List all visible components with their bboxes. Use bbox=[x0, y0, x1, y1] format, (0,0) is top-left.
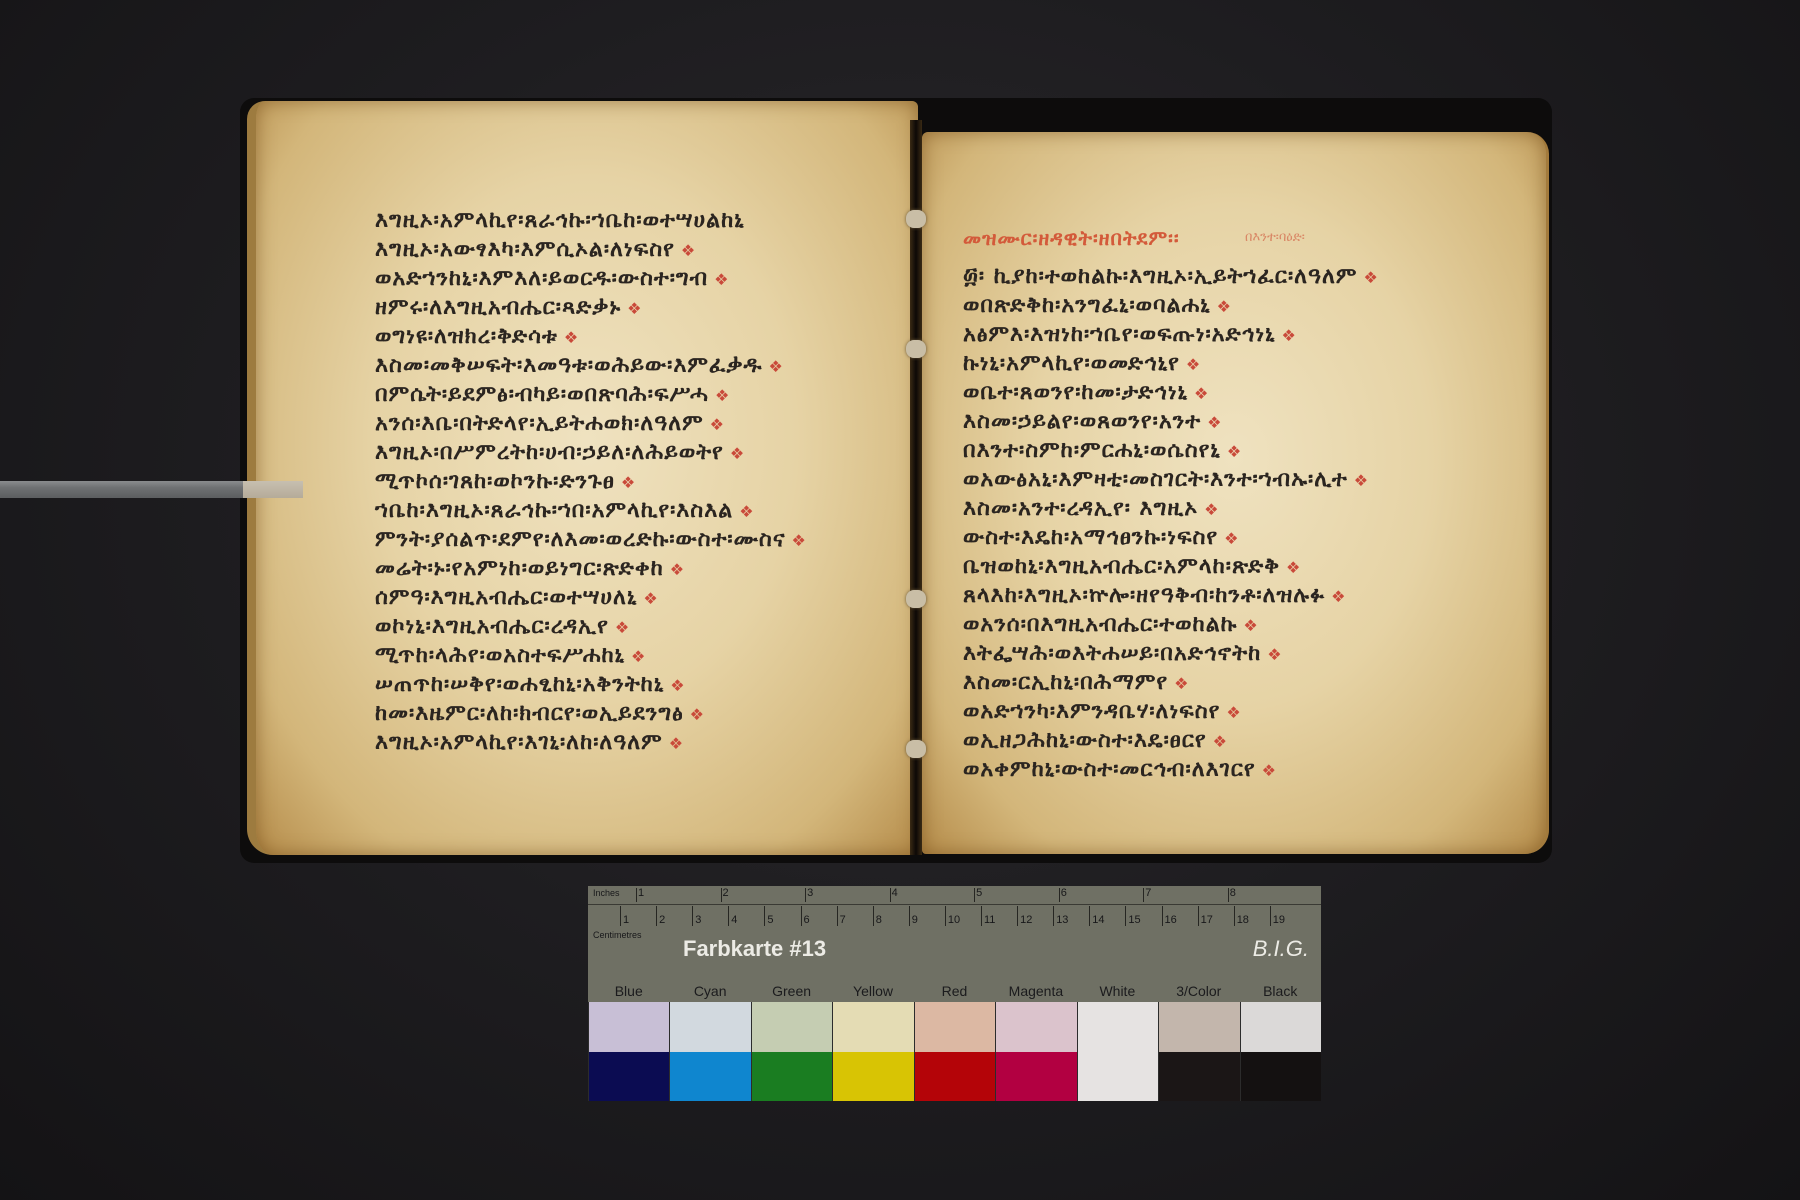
inch-tick bbox=[636, 888, 637, 902]
inch-tick-label: 2 bbox=[723, 887, 729, 899]
bookmark-strip bbox=[0, 481, 303, 498]
cm-tick bbox=[692, 906, 693, 926]
chart-title: Farbkarte #13 bbox=[683, 936, 826, 962]
manuscript-line: ውስተ፡እዴከ፡አማኅፀንኩ፡ነፍስየ❖ bbox=[963, 523, 1379, 552]
line-text: ወአውፅአኒ፡እምዛቲ፡መስገርት፡እንተ፡ኀብኡ፡ሊተ bbox=[963, 467, 1348, 492]
left-page-text: እግዚኦ፡አምላኪየ፡ጸራኅኩ፡ኀቤከ፡ወተሣሀልከኒእግዚኦ፡አውፃእካ፡እም… bbox=[375, 206, 807, 757]
line-text: መሬት፡ኑ፡የአምነከ፡ወይነግር፡ጽድቀከ bbox=[375, 556, 664, 581]
stitch-knot bbox=[906, 740, 926, 758]
line-text: እስመ፡ኃይልየ፡ወጸወንየ፡አንተ bbox=[963, 409, 1201, 434]
ornament-icon: ❖ bbox=[1186, 355, 1201, 374]
cm-tick-label: 12 bbox=[1020, 914, 1032, 926]
bookmark-tip bbox=[243, 481, 303, 498]
manuscript-line: እስመ፡ርኢከኒ፡በሕማምየ❖ bbox=[963, 668, 1379, 697]
color-swatches bbox=[588, 1002, 1321, 1101]
cm-tick bbox=[1234, 906, 1235, 926]
line-text: በምሴት፡ይደምፅ፡ብካይ፡ወበጽባሕ፡ፍሥሓ bbox=[375, 382, 709, 407]
cm-tick bbox=[873, 906, 874, 926]
ornament-icon: ❖ bbox=[1204, 500, 1219, 519]
ornament-icon: ❖ bbox=[1262, 761, 1277, 780]
line-text: ወግነዩ፡ለዝክረ፡ቅድሳቱ bbox=[375, 324, 558, 349]
manuscript-line: ወአውፅአኒ፡እምዛቲ፡መስገርት፡እንተ፡ኀብኡ፡ሊተ❖ bbox=[963, 465, 1379, 494]
inch-tick-label: 3 bbox=[807, 887, 813, 899]
manuscript-line: ሚጥከ፡ላሕየ፡ወአስተፍሥሐከኒ❖ bbox=[375, 641, 807, 670]
manuscript-line: ወግነዩ፡ለዝክረ፡ቅድሳቱ❖ bbox=[375, 322, 807, 351]
manuscript-line: በምሴት፡ይደምፅ፡ብካይ፡ወበጽባሕ፡ፍሥሓ❖ bbox=[375, 380, 807, 409]
line-text: ሰምዓ፡እግዚአብሔር፡ወተሣሀለኒ bbox=[375, 585, 637, 610]
manuscript-line: እስመ፡አንተ፡ረዳኢየ፡ እግዚኦ❖ bbox=[963, 494, 1379, 523]
cm-tick-label: 19 bbox=[1273, 914, 1285, 926]
cm-tick bbox=[764, 906, 765, 926]
manuscript-line: ዘምሩ፡ለእግዚአብሔር፡ጻድቃኑ❖ bbox=[375, 293, 807, 322]
patch-label: Cyan bbox=[669, 982, 750, 1002]
manuscript-line: ወኢዘጋሕከኒ፡ውስተ፡እዴ፡ፀርየ❖ bbox=[963, 726, 1379, 755]
line-text: አንሰ፡እቤ፡በትድላየ፡ኢይትሐወክ፡ለዓለም bbox=[375, 411, 704, 436]
inch-tick bbox=[890, 888, 891, 902]
line-text: ወቤተ፡ጸወንየ፡ከመ፡ታድኅነኒ bbox=[963, 380, 1188, 405]
light-swatch bbox=[752, 1002, 832, 1052]
cm-tick bbox=[837, 906, 838, 926]
stitch-knot bbox=[906, 590, 926, 608]
ornament-icon: ❖ bbox=[1226, 703, 1241, 722]
ornament-icon: ❖ bbox=[1227, 442, 1242, 461]
swatch-column bbox=[669, 1002, 750, 1101]
swatch-column bbox=[588, 1002, 669, 1101]
patch-label: Red bbox=[914, 982, 995, 1002]
line-text: ሚጥኮሰ፡ገጸከ፡ወኮንኩ፡ድንጉፀ bbox=[375, 469, 615, 494]
cm-tick-label: 16 bbox=[1165, 914, 1177, 926]
right-page-text: ፴፡ ኪያከ፡ተወከልኩ፡እግዚኦ፡ኢይትኀፈር፡ለዓለም❖ወበጽድቅከ፡አንግ… bbox=[963, 262, 1379, 784]
manuscript-line: ቤዝወከኒ፡እግዚአብሔር፡አምላከ፡ጽድቅ❖ bbox=[963, 552, 1379, 581]
manuscript-line: ወአድኀንከኒ፡እምእለ፡ይወርዱ፡ውስተ፡ግብ❖ bbox=[375, 264, 807, 293]
manuscript-line: እግዚኦ፡በሥምረትከ፡ሀብ፡ኃይለ፡ለሕይወትየ❖ bbox=[375, 438, 807, 467]
ornament-icon: ❖ bbox=[681, 241, 696, 260]
swatch-column bbox=[995, 1002, 1076, 1101]
patch-label: Yellow bbox=[832, 982, 913, 1002]
manuscript-line: እትፌሣሕ፡ወእትሐሠይ፡በአድኅኖትከ❖ bbox=[963, 639, 1379, 668]
cm-tick-label: 17 bbox=[1201, 914, 1213, 926]
swatch-column bbox=[1158, 1002, 1239, 1101]
line-text: እስመ፡ርኢከኒ፡በሕማምየ bbox=[963, 670, 1168, 695]
manuscript-line: አፅምእ፡እዝነከ፡ኀቤየ፡ወፍጡነ፡አድኅነኒ❖ bbox=[963, 320, 1379, 349]
line-text: እስመ፡መቅሠፍት፡እመዓቱ፡ወሕይው፡እምፈቃዱ bbox=[375, 353, 763, 378]
line-text: ምንት፡ያሰልጥ፡ደምየ፡ለእመ፡ወረድኩ፡ውስተ፡ሙስና bbox=[375, 527, 786, 552]
cm-tick bbox=[656, 906, 657, 926]
cm-tick-label: 4 bbox=[731, 914, 737, 926]
inch-tick bbox=[1228, 888, 1229, 902]
manuscript-line: አንሰ፡እቤ፡በትድላየ፡ኢይትሐወክ፡ለዓለም❖ bbox=[375, 409, 807, 438]
cm-tick-label: 10 bbox=[948, 914, 960, 926]
stitch-knot bbox=[906, 210, 926, 228]
patch-label: Magenta bbox=[995, 982, 1076, 1002]
ornament-icon: ❖ bbox=[714, 270, 729, 289]
manuscript-line: ሠጠጥከ፡ሠቅየ፡ወሐፂከኒ፡አቅንትከኒ❖ bbox=[375, 670, 807, 699]
cm-tick-label: 11 bbox=[984, 914, 995, 926]
manuscript-line: ከመ፡እዜምር፡ለከ፡ክብርየ፡ወኢይደንግፅ❖ bbox=[375, 699, 807, 728]
patch-label: Green bbox=[751, 982, 832, 1002]
inch-tick-label: 7 bbox=[1145, 887, 1151, 899]
light-swatch bbox=[1159, 1002, 1239, 1052]
manuscript-line: ወአቀምከኒ፡ውስተ፡መርኅብ፡ለእገርየ❖ bbox=[963, 755, 1379, 784]
cm-tick-label: 7 bbox=[840, 914, 846, 926]
cm-tick bbox=[801, 906, 802, 926]
swatch-column bbox=[1240, 1002, 1321, 1101]
line-text: ሚጥከ፡ላሕየ፡ወአስተፍሥሐከኒ bbox=[375, 643, 625, 668]
light-swatch bbox=[996, 1002, 1076, 1052]
manuscript-line: ፴፡ ኪያከ፡ተወከልኩ፡እግዚኦ፡ኢይትኀፈር፡ለዓለም❖ bbox=[963, 262, 1379, 291]
color-calibration-chart: Inches Centimetres Farbkarte #13 B.I.G. … bbox=[588, 886, 1321, 1101]
inch-tick bbox=[805, 888, 806, 902]
manuscript-line: እስመ፡ኃይልየ፡ወጸወንየ፡አንተ❖ bbox=[963, 407, 1379, 436]
patch-label: Black bbox=[1240, 982, 1321, 1002]
swatch-column bbox=[751, 1002, 832, 1101]
ornament-icon: ❖ bbox=[710, 415, 725, 434]
ornament-icon: ❖ bbox=[1194, 384, 1209, 403]
dark-swatch bbox=[915, 1052, 995, 1102]
manuscript-line: በእንተ፡ስምከ፡ምርሐኒ፡ወሴስየኒ❖ bbox=[963, 436, 1379, 465]
cm-tick bbox=[1053, 906, 1054, 926]
line-text: ወአድኀንካ፡እምንዳቤሃ፡ለነፍስየ bbox=[963, 699, 1220, 724]
manuscript-line: ወቤተ፡ጸወንየ፡ከመ፡ታድኅነኒ❖ bbox=[963, 378, 1379, 407]
ornament-icon: ❖ bbox=[690, 705, 705, 724]
line-text: በእንተ፡ስምከ፡ምርሐኒ፡ወሴስየኒ bbox=[963, 438, 1221, 463]
ornament-icon: ❖ bbox=[621, 473, 636, 492]
ornament-icon: ❖ bbox=[627, 299, 642, 318]
cm-tick-label: 9 bbox=[912, 914, 918, 926]
manuscript-line: ሚጥኮሰ፡ገጸከ፡ወኮንኩ፡ድንጉፀ❖ bbox=[375, 467, 807, 496]
ornament-icon: ❖ bbox=[792, 531, 807, 550]
chart-brand: B.I.G. bbox=[1253, 936, 1309, 962]
cm-tick bbox=[1125, 906, 1126, 926]
cm-tick-label: 6 bbox=[804, 914, 810, 926]
ornament-icon: ❖ bbox=[769, 357, 784, 376]
line-text: ኀቤከ፡እግዚኦ፡ጸራኅኩ፡ኀበ፡አምላኪየ፡እስእል bbox=[375, 498, 733, 523]
dark-swatch bbox=[1241, 1052, 1321, 1102]
ornament-icon: ❖ bbox=[670, 560, 685, 579]
ornament-icon: ❖ bbox=[615, 618, 630, 637]
inch-tick-label: 5 bbox=[976, 887, 982, 899]
manuscript-line: ወአድኀንካ፡እምንዳቤሃ፡ለነፍስየ❖ bbox=[963, 697, 1379, 726]
manuscript-line: ወበጽድቅከ፡አንግፈኒ፡ወባልሐኒ❖ bbox=[963, 291, 1379, 320]
manuscript-line: ወአንሰ፡በእግዚአብሔር፡ተወከልኩ❖ bbox=[963, 610, 1379, 639]
ornament-icon: ❖ bbox=[1213, 732, 1228, 751]
manuscript-line: እግዚኦ፡አውፃእካ፡እምሲኦል፡ለነፍስየ❖ bbox=[375, 235, 807, 264]
light-swatch bbox=[1241, 1002, 1321, 1052]
cm-tick-label: 5 bbox=[767, 914, 773, 926]
manuscript-line: ኩነኒ፡አምላኪየ፡ወመድኅኒየ❖ bbox=[963, 349, 1379, 378]
manuscript-line: ጸላእከ፡እግዚኦ፡ኵሎ፡ዘየዓቅብ፡ከንቶ፡ለዝሉፉ❖ bbox=[963, 581, 1379, 610]
dark-swatch bbox=[589, 1052, 669, 1102]
manuscript-line: ኀቤከ፡እግዚኦ፡ጸራኅኩ፡ኀበ፡አምላኪየ፡እስእል❖ bbox=[375, 496, 807, 525]
cm-tick-label: 3 bbox=[695, 914, 701, 926]
line-text: እስመ፡አንተ፡ረዳኢየ፡ እግዚኦ bbox=[963, 496, 1198, 521]
dark-swatch bbox=[752, 1052, 832, 1102]
cm-tick bbox=[1017, 906, 1018, 926]
ornament-icon: ❖ bbox=[1286, 558, 1301, 577]
line-text: ወኢዘጋሕከኒ፡ውስተ፡እዴ፡ፀርየ bbox=[963, 728, 1207, 753]
swatch-column bbox=[914, 1002, 995, 1101]
inch-tick-label: 4 bbox=[892, 887, 898, 899]
ornament-icon: ❖ bbox=[670, 676, 685, 695]
inch-tick-label: 1 bbox=[638, 887, 644, 899]
cm-tick-label: 14 bbox=[1092, 914, 1104, 926]
ornament-icon: ❖ bbox=[1363, 268, 1378, 287]
line-text: ጸላእከ፡እግዚኦ፡ኵሎ፡ዘየዓቅብ፡ከንቶ፡ለዝሉፉ bbox=[963, 583, 1325, 608]
line-text: እትፌሣሕ፡ወእትሐሠይ፡በአድኅኖትከ bbox=[963, 641, 1261, 666]
cm-tick bbox=[1162, 906, 1163, 926]
cm-tick-label: 13 bbox=[1056, 914, 1068, 926]
line-text: ወኮነኒ፡እግዚአብሔር፡ረዳኢየ bbox=[375, 614, 609, 639]
inch-tick bbox=[974, 888, 975, 902]
line-text: አፅምእ፡እዝነከ፡ኀቤየ፡ወፍጡነ፡አድኅነኒ bbox=[963, 322, 1276, 347]
inch-tick bbox=[721, 888, 722, 902]
ornament-icon: ❖ bbox=[1217, 297, 1232, 316]
swatch-column bbox=[1077, 1002, 1158, 1101]
line-text: ዘምሩ፡ለእግዚአብሔር፡ጻድቃኑ bbox=[375, 295, 621, 320]
ornament-icon: ❖ bbox=[631, 647, 646, 666]
manuscript-line: ሰምዓ፡እግዚአብሔር፡ወተሣሀለኒ❖ bbox=[375, 583, 807, 612]
ornament-icon: ❖ bbox=[1282, 326, 1297, 345]
cm-tick bbox=[1089, 906, 1090, 926]
inch-tick bbox=[1143, 888, 1144, 902]
inch-tick bbox=[1059, 888, 1060, 902]
ornament-icon: ❖ bbox=[564, 328, 579, 347]
dark-swatch bbox=[1159, 1052, 1239, 1102]
dark-swatch bbox=[1078, 1052, 1158, 1102]
dark-swatch bbox=[996, 1052, 1076, 1102]
manuscript-line: መሬት፡ኑ፡የአምነከ፡ወይነግር፡ጽድቀከ❖ bbox=[375, 554, 807, 583]
line-text: ፴፡ ኪያከ፡ተወከልኩ፡እግዚኦ፡ኢይትኀፈር፡ለዓለም bbox=[963, 264, 1357, 289]
line-text: እግዚኦ፡አምላኪየ፡ጸራኅኩ፡ኀቤከ፡ወተሣሀልከኒ bbox=[375, 208, 745, 233]
line-text: ወአድኀንከኒ፡እምእለ፡ይወርዱ፡ውስተ፡ግብ bbox=[375, 266, 708, 291]
cm-tick bbox=[620, 906, 621, 926]
line-text: እግዚኦ፡በሥምረትከ፡ሀብ፡ኃይለ፡ለሕይወትየ bbox=[375, 440, 724, 465]
ornament-icon: ❖ bbox=[669, 734, 684, 753]
dark-swatch bbox=[833, 1052, 913, 1102]
rubric-heading: መዝሙር፡ዘዳዊት፡ዘበትደም፡፡ bbox=[963, 226, 1180, 250]
line-text: ወአንሰ፡በእግዚአብሔር፡ተወከልኩ bbox=[963, 612, 1237, 637]
inch-tick-label: 6 bbox=[1061, 887, 1067, 899]
cm-tick bbox=[945, 906, 946, 926]
ruler: Inches Centimetres Farbkarte #13 B.I.G. … bbox=[588, 886, 1321, 982]
line-text: ቤዝወከኒ፡እግዚአብሔር፡አምላከ፡ጽድቅ bbox=[963, 554, 1280, 579]
light-swatch bbox=[915, 1002, 995, 1052]
cm-tick-label: 1 bbox=[623, 914, 629, 926]
cm-tick-label: 8 bbox=[876, 914, 882, 926]
centimetres-label: Centimetres bbox=[593, 930, 642, 940]
manuscript-line: እግዚኦ፡አምላኪየ፡እገኒ፡ለከ፡ለዓለም❖ bbox=[375, 728, 807, 757]
dark-swatch bbox=[670, 1052, 750, 1102]
line-text: ከመ፡እዜምር፡ለከ፡ክብርየ፡ወኢይደንግፅ bbox=[375, 701, 684, 726]
ornament-icon: ❖ bbox=[643, 589, 658, 608]
inch-scale bbox=[588, 886, 1321, 905]
line-text: እግዚኦ፡አምላኪየ፡እገኒ፡ለከ፡ለዓለም bbox=[375, 730, 663, 755]
ornament-icon: ❖ bbox=[1354, 471, 1369, 490]
ornament-icon: ❖ bbox=[1174, 674, 1189, 693]
ornament-icon: ❖ bbox=[715, 386, 730, 405]
cm-tick-label: 2 bbox=[659, 914, 665, 926]
inches-label: Inches bbox=[593, 888, 620, 898]
inch-tick-label: 8 bbox=[1230, 887, 1236, 899]
ornament-icon: ❖ bbox=[1224, 529, 1239, 548]
cm-tick bbox=[909, 906, 910, 926]
cm-tick bbox=[981, 906, 982, 926]
manuscript-line: እስመ፡መቅሠፍት፡እመዓቱ፡ወሕይው፡እምፈቃዱ❖ bbox=[375, 351, 807, 380]
stitch-knot bbox=[906, 340, 926, 358]
ornament-icon: ❖ bbox=[1331, 587, 1346, 606]
ornament-icon: ❖ bbox=[1243, 616, 1258, 635]
patch-names: BlueCyanGreenYellowRedMagentaWhite3/Colo… bbox=[588, 982, 1321, 1002]
line-text: ወአቀምከኒ፡ውስተ፡መርኅብ፡ለእገርየ bbox=[963, 757, 1256, 782]
line-text: እግዚኦ፡አውፃእካ፡እምሲኦል፡ለነፍስየ bbox=[375, 237, 675, 262]
manuscript-line: እግዚኦ፡አምላኪየ፡ጸራኅኩ፡ኀቤከ፡ወተሣሀልከኒ bbox=[375, 206, 807, 235]
light-swatch bbox=[670, 1002, 750, 1052]
patch-label: 3/Color bbox=[1158, 982, 1239, 1002]
light-swatch bbox=[833, 1002, 913, 1052]
ornament-icon: ❖ bbox=[739, 502, 754, 521]
swatch-column bbox=[832, 1002, 913, 1101]
manuscript-line: ምንት፡ያሰልጥ፡ደምየ፡ለእመ፡ወረድኩ፡ውስተ፡ሙስና❖ bbox=[375, 525, 807, 554]
manuscript-line: ወኮነኒ፡እግዚአብሔር፡ረዳኢየ❖ bbox=[375, 612, 807, 641]
patch-label: White bbox=[1077, 982, 1158, 1002]
ornament-icon: ❖ bbox=[1267, 645, 1282, 664]
ornament-icon: ❖ bbox=[730, 444, 745, 463]
line-text: ኩነኒ፡አምላኪየ፡ወመድኅኒየ bbox=[963, 351, 1180, 376]
line-text: ወበጽድቅከ፡አንግፈኒ፡ወባልሐኒ bbox=[963, 293, 1211, 318]
cm-tick bbox=[1270, 906, 1271, 926]
rubric-note: በእንተ፡ባዕድ፡ bbox=[1245, 230, 1305, 245]
cm-tick-label: 18 bbox=[1237, 914, 1249, 926]
line-text: ሠጠጥከ፡ሠቅየ፡ወሐፂከኒ፡አቅንትከኒ bbox=[375, 672, 664, 697]
cm-tick-label: 15 bbox=[1128, 914, 1140, 926]
cm-tick bbox=[1198, 906, 1199, 926]
line-text: ውስተ፡እዴከ፡አማኅፀንኩ፡ነፍስየ bbox=[963, 525, 1218, 550]
ornament-icon: ❖ bbox=[1207, 413, 1222, 432]
light-swatch bbox=[1078, 1002, 1158, 1052]
light-swatch bbox=[589, 1002, 669, 1052]
cm-tick bbox=[728, 906, 729, 926]
patch-label: Blue bbox=[588, 982, 669, 1002]
